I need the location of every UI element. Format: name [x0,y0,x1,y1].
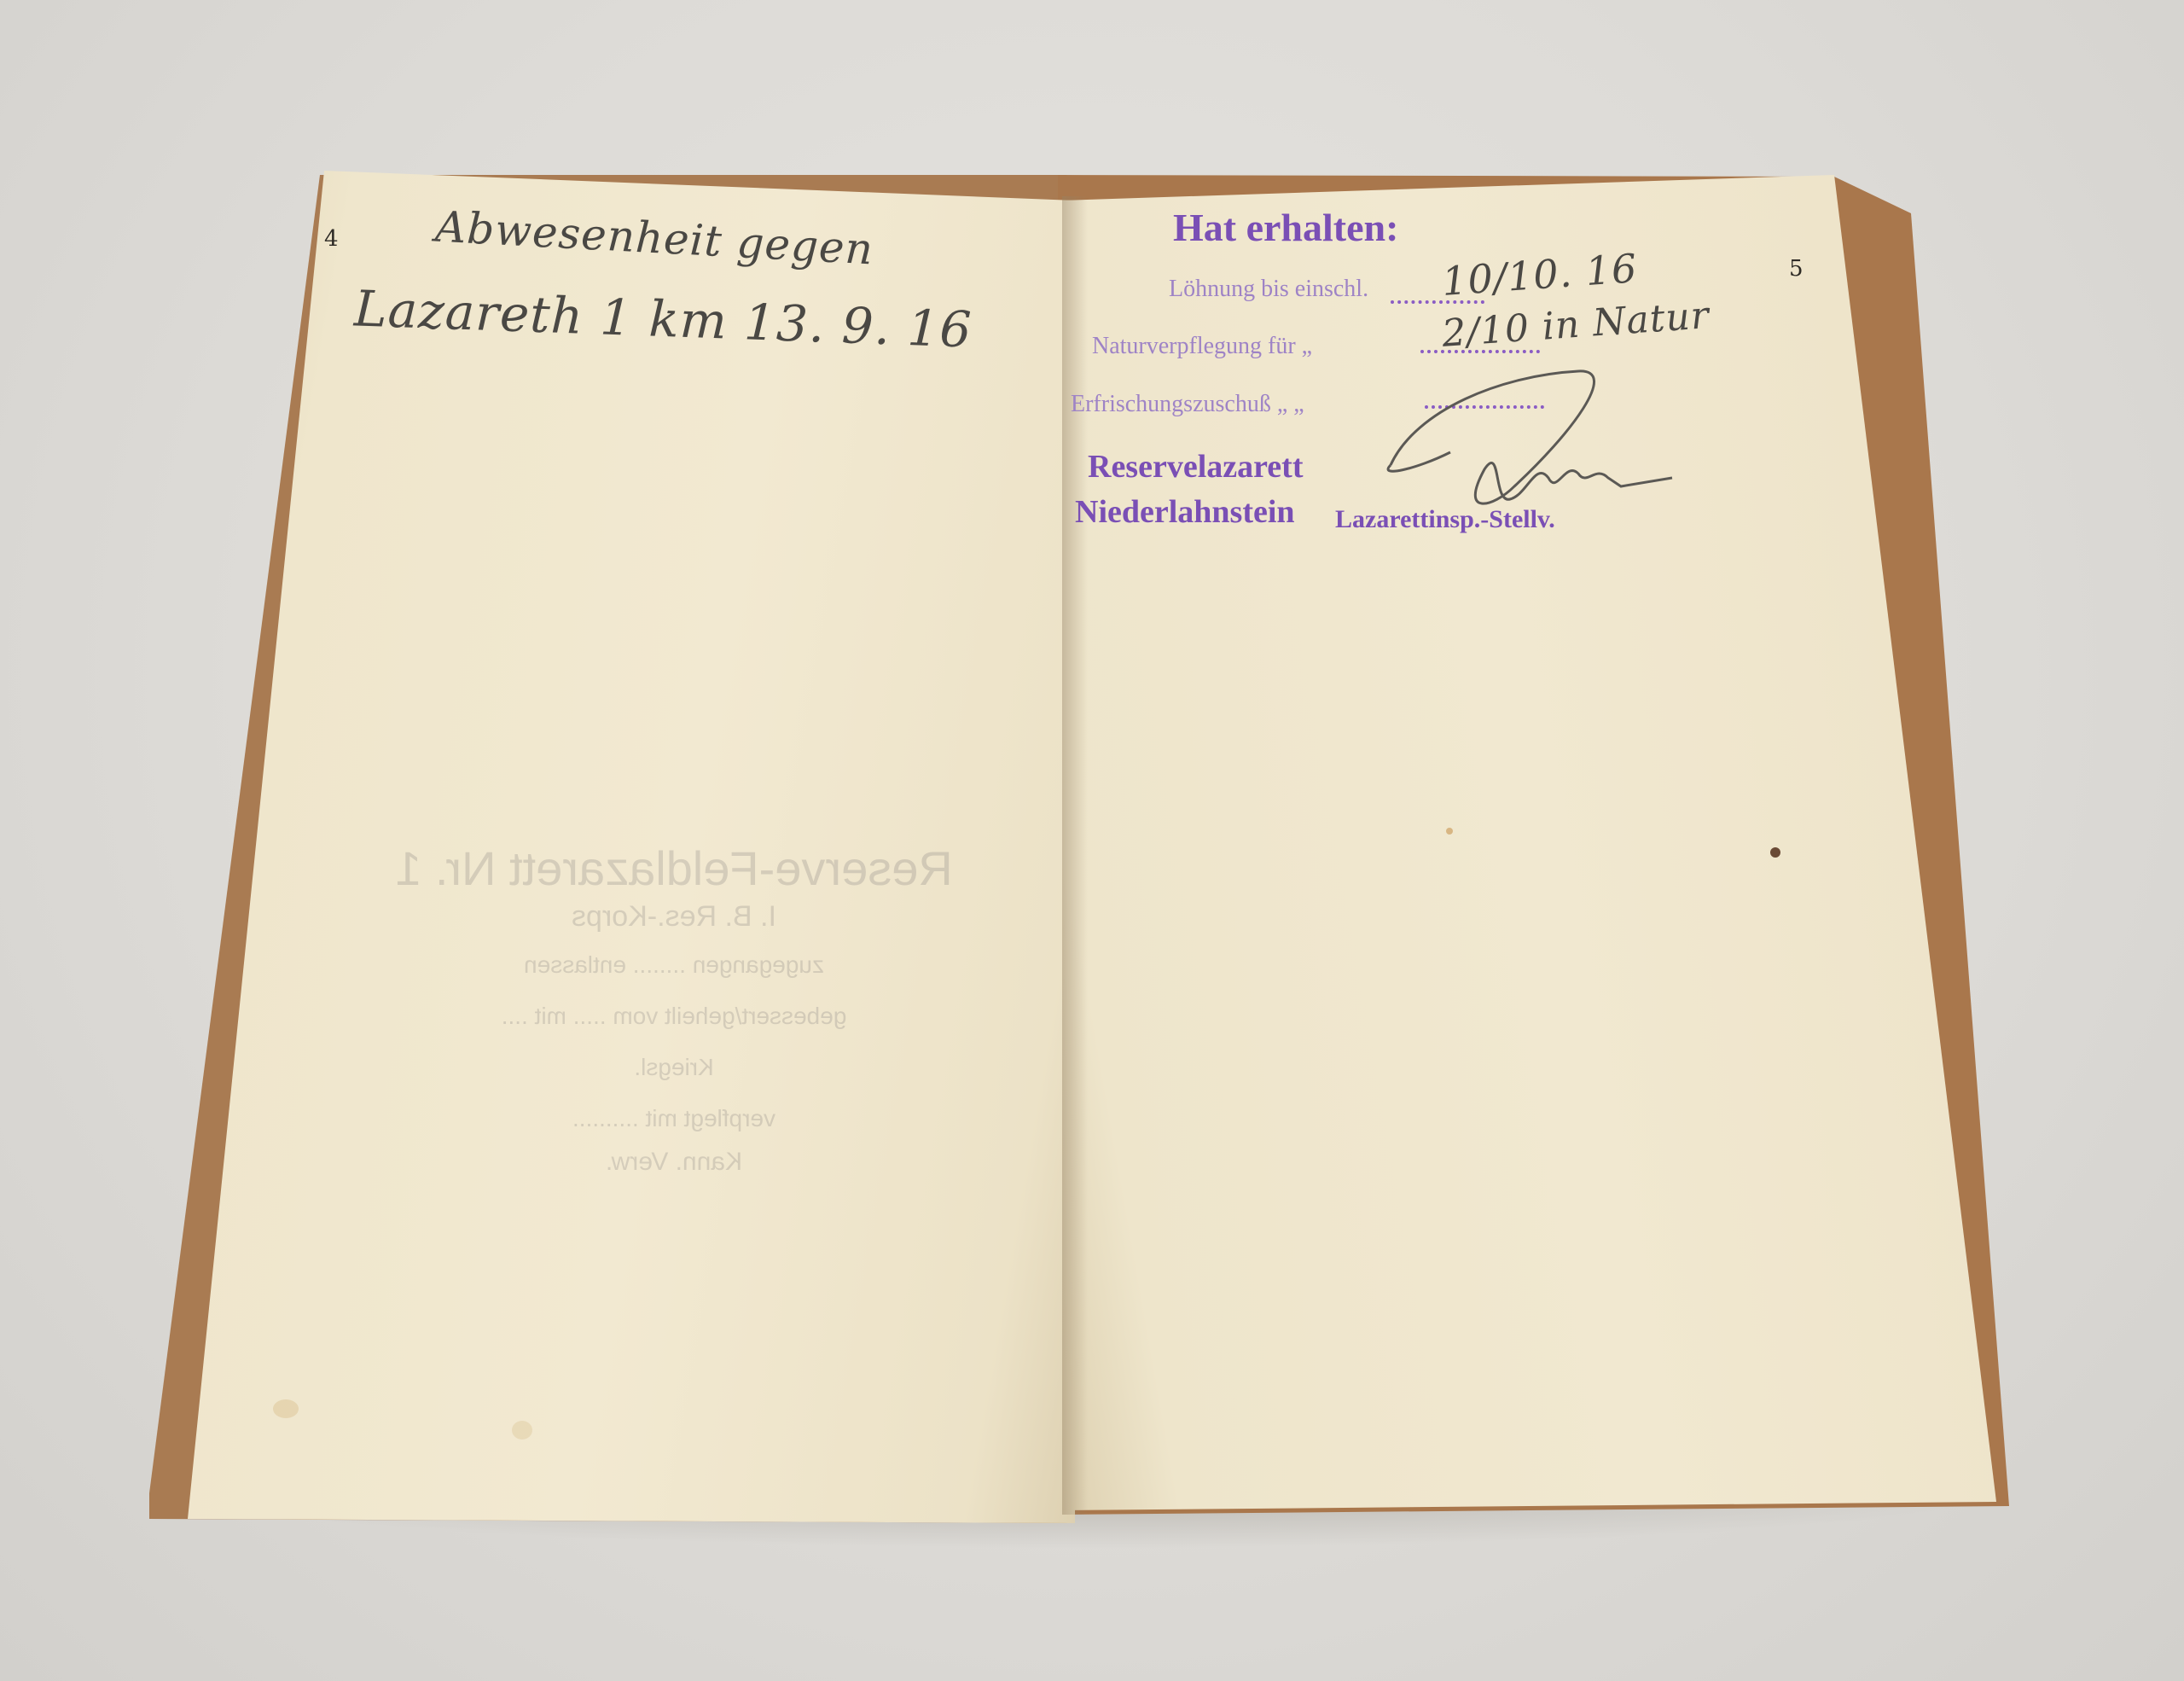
signature-text: Hanz [1536,461,1542,462]
institution-stamp-line-1: Reservelazarett [1088,448,1303,486]
row-label-allowance: Erfrischungszuschuß „ „ [1071,391,1304,418]
signature-icon [1365,358,1689,529]
bleed-title: Reserve-Feldlazarett Nr. 1 [358,840,990,896]
institution-stamp-line-2: Niederlahnstein [1075,493,1295,531]
bleed-line-2: gebessert/geheilt vom ..... mit .... [324,1003,1024,1030]
bleed-line-1: zugegangen ........ entlassen [324,951,1024,979]
bleed-line-4: verpflegt mit .......... [324,1105,1024,1132]
left-page-number: 4 [324,226,339,252]
right-page-number: 5 [1789,256,1804,282]
ink-spot [1770,847,1780,858]
foxing-stain [512,1421,532,1440]
bleed-signature: Kann. Verw. [478,1148,870,1177]
stamp-heading: Hat erhalten: [1173,205,1398,250]
foxing-stain [273,1399,299,1418]
foxing-stain [1446,828,1453,835]
bleed-subtitle: I. B. Res.-Korps [478,900,870,934]
row-label-wages: Löhnung bis einschl. [1169,276,1368,303]
bleed-line-3: Kriegsl. [324,1054,1024,1081]
row-label-rations: Naturverpflegung für „ [1092,333,1312,360]
